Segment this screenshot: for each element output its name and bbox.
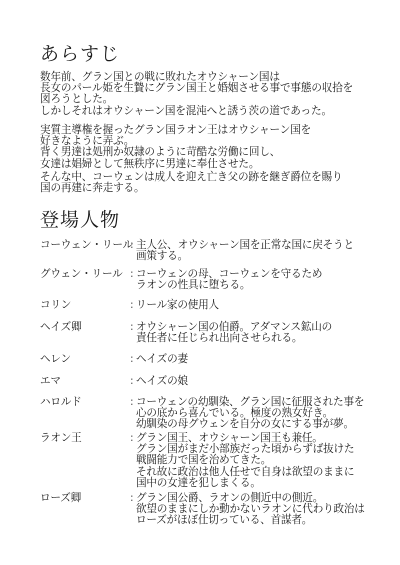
character-description: ヘイズの娘 [136, 376, 188, 387]
separator: : [130, 376, 134, 387]
text-line: ヘイズの娘 [136, 376, 188, 387]
text-line: 幼馴染の母グウェンを自分の女にする事が夢。 [136, 419, 364, 430]
text-line: 画策する。 [136, 251, 354, 262]
text-line: 国中の女達を犯しまくる。 [136, 478, 354, 489]
character-description: グラン国王、オウシャーン国王も兼任。 グラン国がまだ小部族だった頃からずば抜けた… [136, 433, 354, 489]
characters-heading: 登場人物 [40, 210, 120, 230]
separator: : [130, 397, 134, 408]
text-line: 責任者に任じられ出向させられる。 [136, 333, 332, 344]
text-line: 背く男達は処刑か奴隷のように苛酷な労働に回し、 [40, 147, 311, 158]
text-line: 国の再建に奔走する。 [40, 183, 342, 194]
character-name: ヘイズ卿 [40, 322, 81, 333]
character-name: コリン [40, 300, 71, 311]
text-line: 戦闘能力で国を治めてきた。 [136, 455, 354, 466]
character-name: エマ [40, 376, 61, 387]
text-line: リール家の使用人 [136, 300, 219, 311]
separator: : [130, 240, 134, 251]
separator: : [130, 354, 134, 365]
text-line: ヘイズの妻 [136, 354, 188, 365]
text-line: 女達は娼婦として無秩序に男達に奉仕させた。 [40, 159, 311, 170]
character-description: グラン国公爵、ラオンの側近中の側近。 欲望のままにしか動かないラオンに代わり政治… [136, 493, 365, 527]
character-description: コーウェンの母、コーウェンを守るため ラオンの性具に堕ちる。 [136, 269, 322, 291]
synopsis-heading: あらすじ [40, 44, 120, 64]
separator: : [130, 269, 134, 280]
character-description: オウシャーン国の伯爵。アダマンス鉱山の 責任者に任じられ出向させられる。 [136, 322, 332, 344]
synopsis-paragraph-1: 数年前、グラン国との戦に敗れたオウシャーン国は 長女のパール姫を生贄にグラン国王… [40, 72, 353, 117]
character-name: コーウェン・リール [40, 240, 133, 251]
synopsis-paragraph-2: 実質主導権を握ったグラン国ラオン王はオウシャーン国を 好きなように弄ぶ。 背く男… [40, 125, 311, 170]
separator: : [130, 322, 134, 333]
character-description: コーウェンの幼馴染、グラン国に征服された事を 心の底から喜んでいる。極度の熟女好… [136, 397, 364, 431]
text-line: ローズがほぼ仕切っている、首謀者。 [136, 515, 365, 526]
text-line: しかしそれはオウシャーン国を混沌へと誘う茨の道であった。 [40, 106, 353, 117]
character-name: ローズ卿 [40, 493, 81, 504]
character-description: リール家の使用人 [136, 300, 219, 311]
character-description: ヘイズの妻 [136, 354, 188, 365]
character-name: ハロルド [40, 397, 82, 408]
synopsis-paragraph-3: そんな中、コーウェンは成人を迎え亡き父の跡を継ぎ爵位を賜り 国の再建に奔走する。 [40, 172, 342, 194]
separator: : [130, 300, 134, 311]
text-line: 図ろうとした。 [40, 94, 353, 105]
character-name: グウェン・リール [40, 269, 123, 280]
text-line: ラオンの性具に堕ちる。 [136, 280, 322, 291]
separator: : [130, 433, 134, 444]
character-description: 主人公、オウシャーン国を正常な国に戻そうと 画策する。 [136, 240, 354, 262]
character-name: ラオン王 [40, 433, 82, 444]
character-name: ヘレン [40, 354, 71, 365]
separator: : [130, 493, 134, 504]
